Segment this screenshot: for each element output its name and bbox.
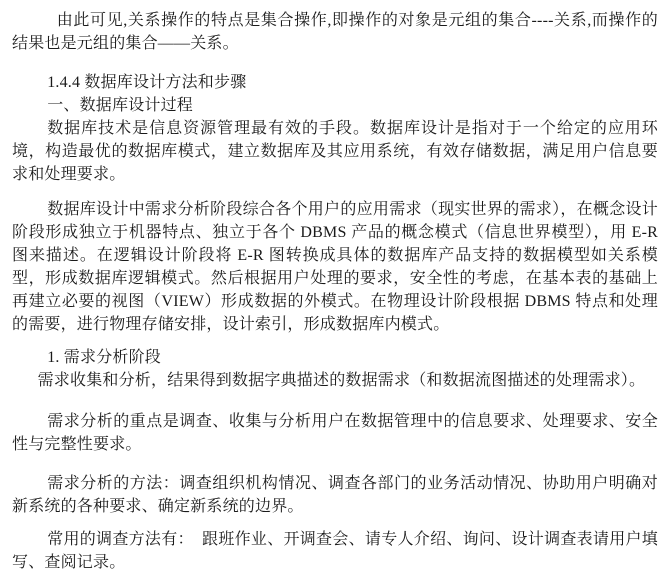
- paragraph-analysis-focus: 需求分析的重点是调查、收集与分析用户在数据管理中的信息要求、处理要求、安全性与完…: [12, 410, 658, 456]
- paragraph-db-technology-overview: 数据库技术是信息资源管理最有效的手段。数据库设计是指对于一个给定的应用环境，构造…: [12, 117, 658, 186]
- step1-heading-requirement-analysis: 1. 需求分析阶段: [12, 346, 658, 369]
- document-page: 由此可见,关系操作的特点是集合操作,即操作的对象是元组的集合----关系,而操作…: [0, 0, 669, 569]
- paragraph-design-stages: 数据库设计中需求分析阶段综合各个用户的应用需求（现实世界的需求），在概念设计阶段…: [12, 198, 658, 336]
- paragraph-survey-methods: 常用的调查方法有： 跟班作业、开调查会、请专人介绍、询问、设计调查表请用户填写、…: [12, 528, 658, 569]
- paragraph-analysis-methods: 需求分析的方法：调查组织机构情况、调查各部门的业务活动情况、协助用户明确对新系统…: [12, 472, 658, 518]
- section-heading-144: 1.4.4 数据库设计方法和步骤: [12, 71, 658, 94]
- paragraph-requirement-collection: 需求收集和分析，结果得到数据字典描述的数据需求（和数据流图描述的处理需求）。: [12, 369, 658, 392]
- paragraph-relation-conclusion: 由此可见,关系操作的特点是集合操作,即操作的对象是元组的集合----关系,而操作…: [12, 9, 658, 55]
- subsection-heading-design-process: 一、数据库设计过程: [12, 94, 658, 117]
